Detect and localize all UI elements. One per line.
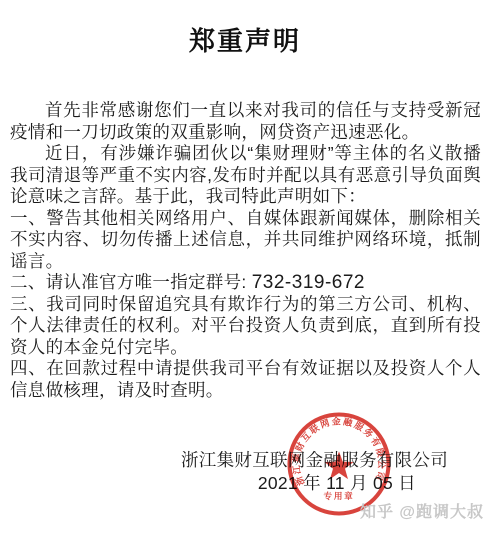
statement-paragraph: 近日，有涉嫌诈骗团伙以“集财理财”等主体的名义散播我司清退等严重不实内容,发布时… — [10, 143, 481, 208]
statement-body: 首先非常感谢您们一直以来对我司的信任与支持受新冠疫情和一刀切政策的双重影响，网贷… — [0, 100, 490, 401]
statement-document: 郑重声明 首先非常感谢您们一直以来对我司的信任与支持受新冠疫情和一刀切政策的双重… — [0, 0, 490, 533]
company-name: 浙江集财互联网金融服务有限公司 — [0, 449, 490, 472]
statement-point-2-label: 二、请认准官方唯一指定群号: — [10, 272, 252, 292]
statement-point-2: 二、请认准官方唯一指定群号: 732-319-672 — [10, 272, 481, 294]
statement-point-3: 三、我司同时保留追究具有欺诈行为的第三方公司、机构、个人法律责任的权利。对平台投… — [10, 294, 481, 359]
group-number: 732-319-672 — [252, 272, 365, 293]
statement-point-4: 四、在回款过程中请提供我司平台有效证据以及投资人个人信息做核理，请及时查明。 — [10, 358, 481, 401]
page-title: 郑重声明 — [0, 0, 490, 58]
signature-block: 浙江集财互联网金融服务有限公司 2021 年 11 月 05 日 — [0, 449, 490, 495]
statement-point-1: 一、警告其他相关网络用户、自媒体跟新闻媒体，删除相关不实内容、切勿传播上述信息，… — [10, 208, 481, 273]
statement-paragraph: 首先非常感谢您们一直以来对我司的信任与支持受新冠疫情和一刀切政策的双重影响，网贷… — [10, 100, 481, 143]
statement-date: 2021 年 11 月 05 日 — [0, 472, 490, 495]
watermark: 知乎 @跑调大叔 — [360, 499, 484, 522]
